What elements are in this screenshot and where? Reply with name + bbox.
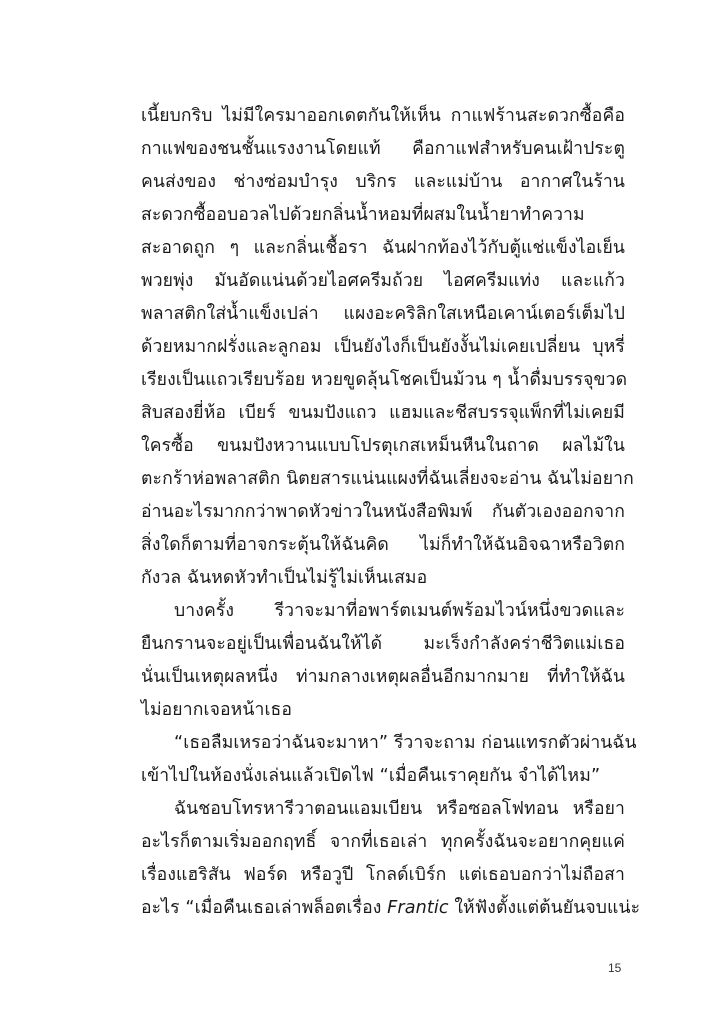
text-line: ยืนกรานจะอยู่เป็นเพื่อนฉันให้ได้ มะเร็งก… xyxy=(141,628,625,661)
text-line-with-title: อะไร “เมื่อคืนเธอเล่าพล็อตเรื่อง Frantic… xyxy=(141,892,625,925)
paragraph-start-line: บางครั้ง รีวาจะมาที่อพาร์ตเมนต์พร้อมไวน์… xyxy=(141,595,625,628)
text-line: อะไรก็ตามเริ่มออกฤทธิ์ จากที่เธอเล่า ทุก… xyxy=(141,826,625,859)
text-line: นั่นเป็นเหตุผลหนึ่ง ท่ามกลางเหตุผลอื่นอี… xyxy=(141,661,625,694)
text-line: เรียงเป็นแถวเรียบร้อย หวยขูดลุ้นโชคเป็นม… xyxy=(141,364,625,397)
paragraph-start-line: ฉันชอบโทรหารีวาตอนแอมเบียน หรือซอลโฟทอน … xyxy=(141,793,625,826)
film-title-italic: Frantic xyxy=(387,898,448,918)
text-line: สะดวกซื้ออบอวลไปด้วยกลิ่นน้ำหอมที่ผสมในน… xyxy=(141,199,625,232)
text-line: กาแฟของชนชั้นแรงงานโดยแท้ คือกาแฟสำหรับค… xyxy=(141,133,625,166)
text-line: พลาสติกใส่น้ำแข็งเปล่า แผงอะคริลิกใสเหนื… xyxy=(141,298,625,331)
text-line: สิบสองยี่ห้อ เบียร์ ขนมปังแถว แฮมและชีสบ… xyxy=(141,397,625,430)
text-line: อ่านอะไรมากกว่าพาดหัวข่าวในหนังสือพิมพ์ … xyxy=(141,496,625,529)
text-line: ด้วยหมากฝรั่งและลูกอม เป็นยังไงก็เป็นยัง… xyxy=(141,331,625,364)
text-line: พวยพุ่ง มันอัดแน่นด้วยไอศครีมถ้วย ไอศครี… xyxy=(141,265,625,298)
text-line: สิ่งใดก็ตามที่อาจกระตุ้นให้ฉันคิด ไม่ก็ท… xyxy=(141,529,625,562)
text-line: เรื่องแฮริสัน ฟอร์ด หรือวูปี โกลด์เบิร์ก… xyxy=(141,859,625,892)
text-line: ใครซื้อ ขนมปังหวานแบบโปรตุเกสเหม็นหืนในถ… xyxy=(141,430,625,463)
page-number: 15 xyxy=(608,961,621,975)
text-line: คนส่งของ ช่างซ่อมบำรุง บริกร และแม่บ้าน … xyxy=(141,166,625,199)
text-line: สะอาดถูก ๆ และกลิ่นเชื้อรา ฉันฝากท้องไว้… xyxy=(141,232,625,265)
text-line: ตะกร้าห่อพลาสติก นิตยสารแน่นแผงที่ฉันเลี… xyxy=(141,463,625,496)
book-page: เนี้ยบกริบ ไม่มีใครมาออกเดตกันให้เห็น กา… xyxy=(0,0,711,1024)
text-after-title: ให้ฟังตั้งแต่ต้นยันจบแน่ะ xyxy=(449,898,641,918)
dialogue-end-line: เข้าไปในห้องนั่งเล่นแล้วเปิดไฟ “เมื่อคืน… xyxy=(141,760,625,793)
body-text: เนี้ยบกริบ ไม่มีใครมาออกเดตกันให้เห็น กา… xyxy=(141,100,625,925)
dialogue-start-line: “เธอลืมเหรอว่าฉันจะมาหา” รีวาจะถาม ก่อนแ… xyxy=(141,727,625,760)
text-before-title: อะไร “เมื่อคืนเธอเล่าพล็อตเรื่อง xyxy=(141,898,387,918)
paragraph-end-line: ไม่อยากเจอหน้าเธอ xyxy=(141,694,625,727)
paragraph-end-line: กังวล ฉันหดหัวทำเป็นไม่รู้ไม่เห็นเสมอ xyxy=(141,562,625,595)
text-line: เนี้ยบกริบ ไม่มีใครมาออกเดตกันให้เห็น กา… xyxy=(141,100,625,133)
